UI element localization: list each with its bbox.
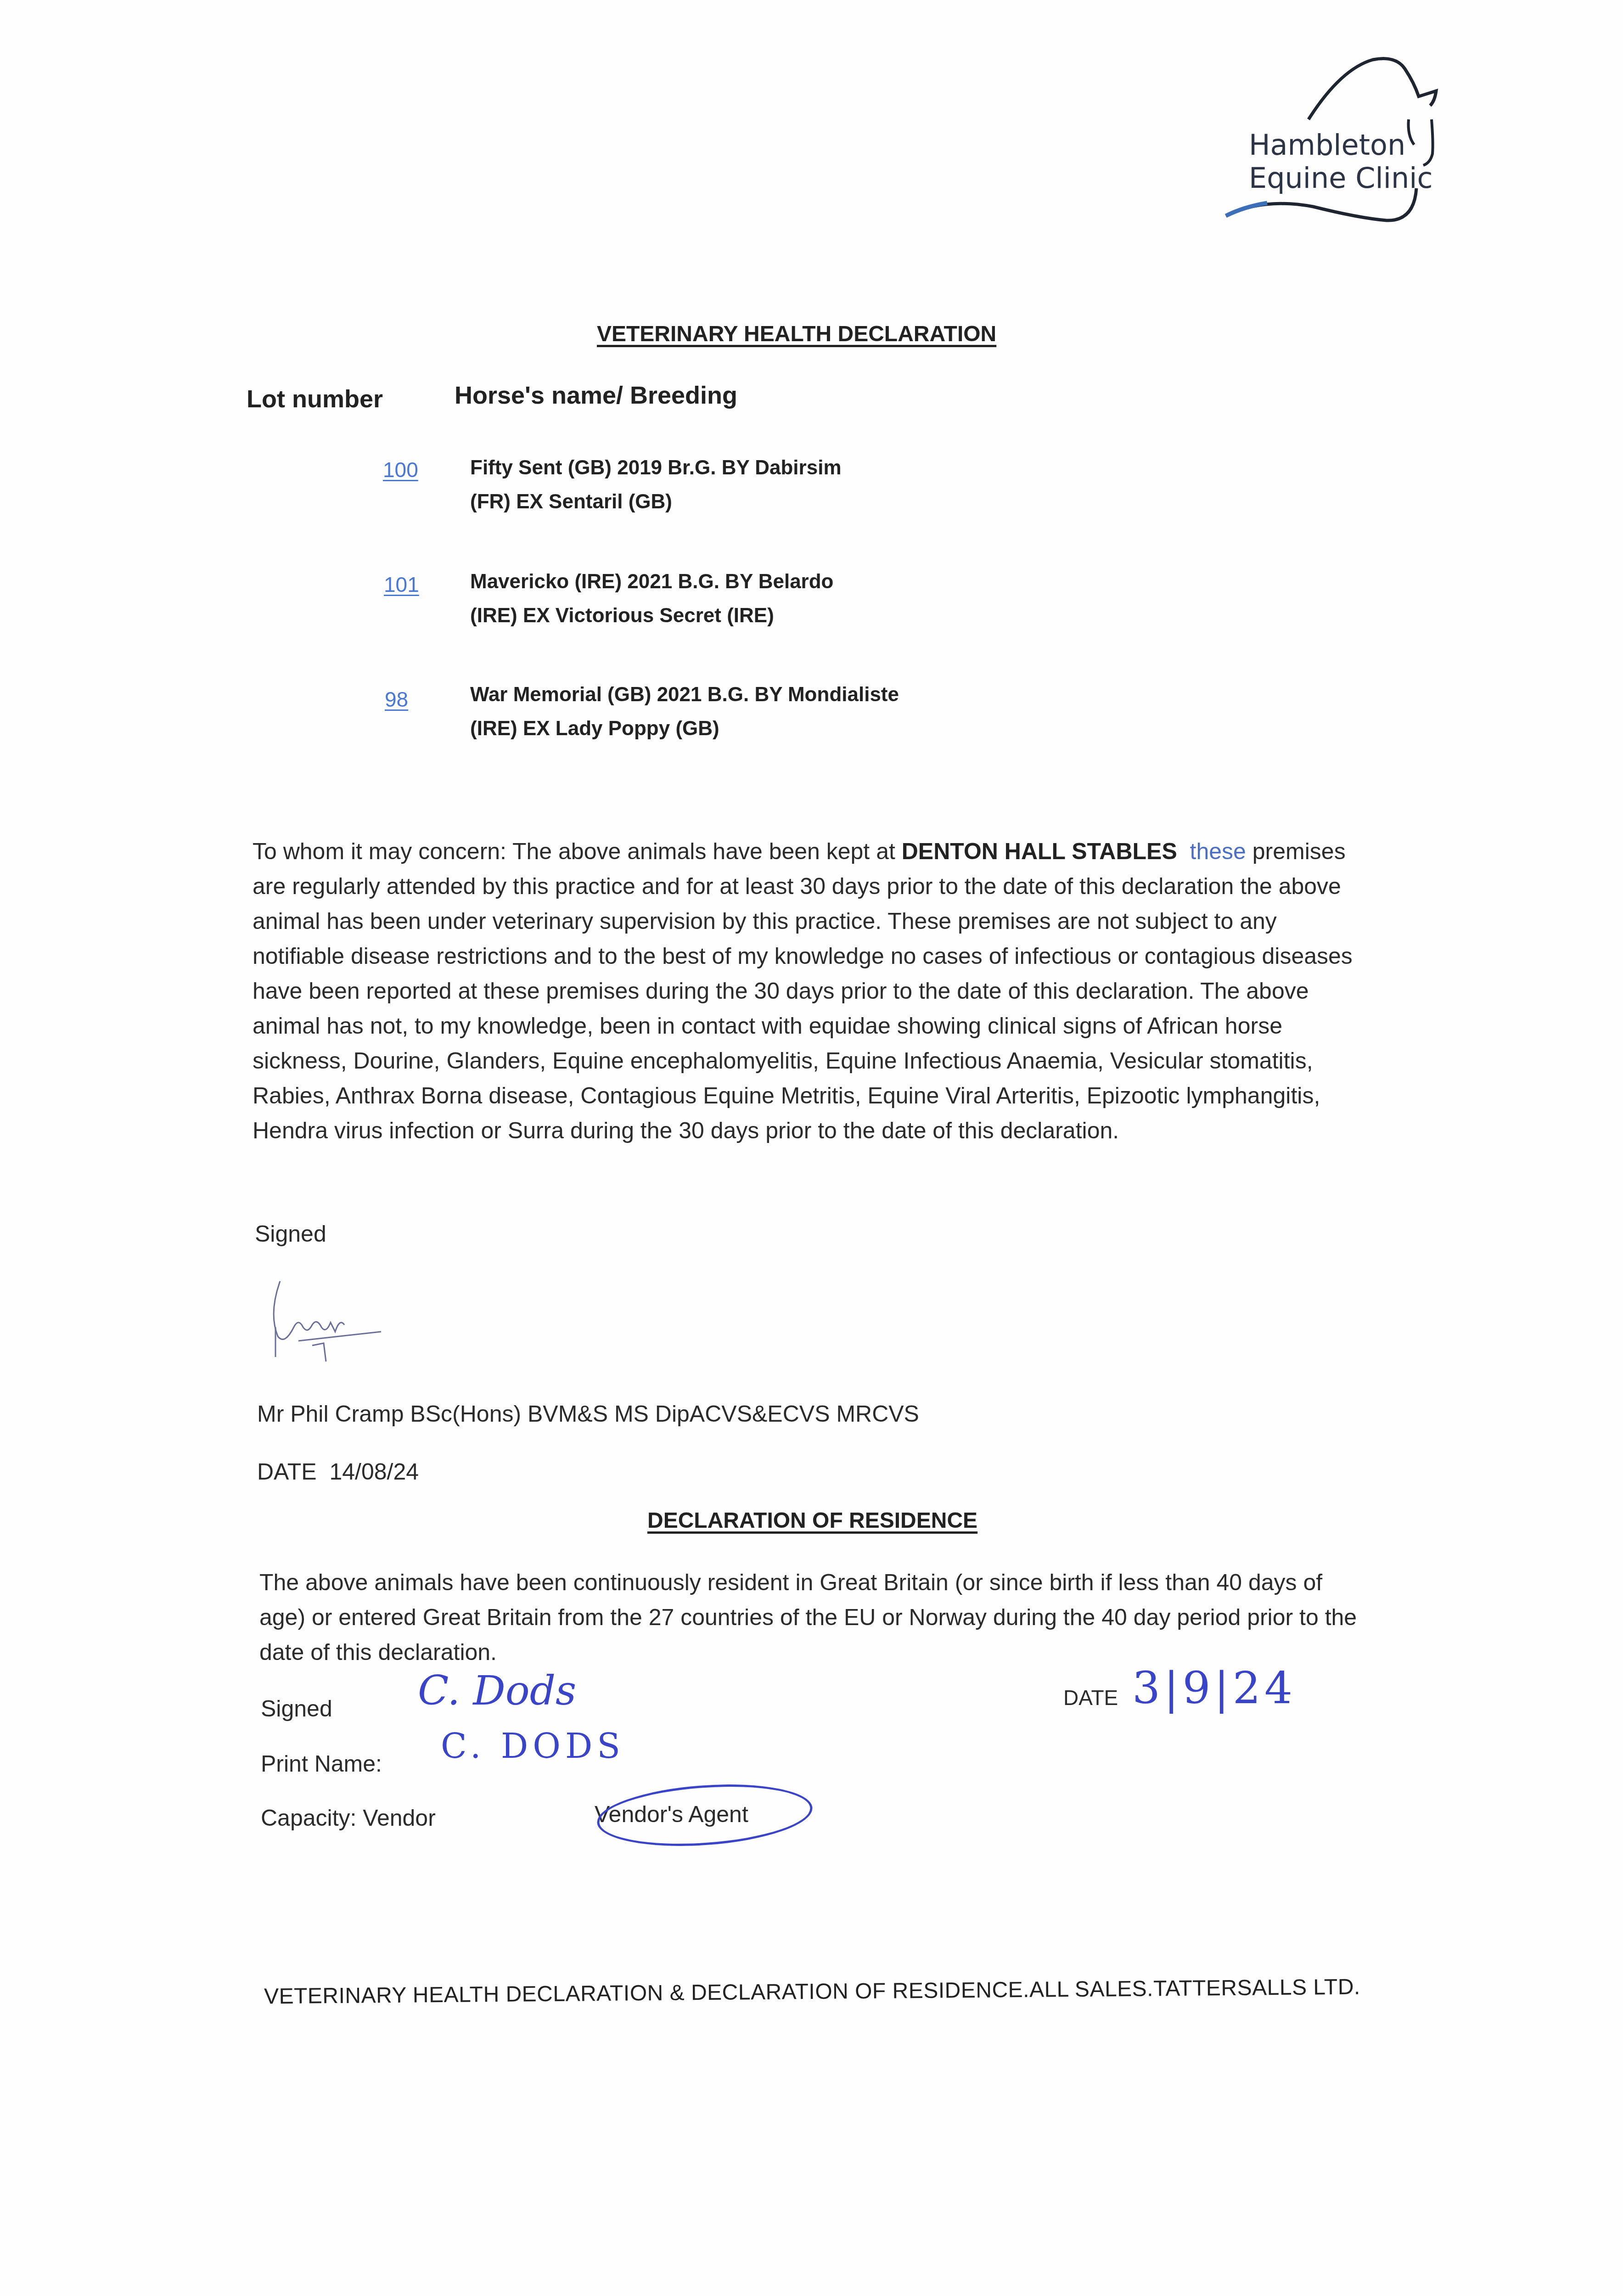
horse-line-1: Fifty Sent (GB) 2019 Br.G. BY Dabirsim (470, 451, 1021, 485)
premises-name: DENTON HALL STABLES (902, 838, 1177, 864)
lot-link-98[interactable]: 98 (385, 687, 408, 712)
print-name-value: C. DODS (441, 1727, 625, 1766)
document-page: Hambleton Equine Clinic VETERINARY HEALT… (0, 0, 1623, 2296)
dor-date-label: DATE (1063, 1685, 1118, 1710)
logo-line-2: Equine Clinic (1249, 162, 1433, 195)
horse-line-1: Mavericko (IRE) 2021 B.G. BY Belardo (470, 565, 1021, 599)
logo-line-1: Hambleton (1249, 129, 1433, 162)
lot-link-101[interactable]: 101 (384, 572, 419, 597)
vet-signature (266, 1277, 390, 1368)
dor-title: DECLARATION OF RESIDENCE (647, 1508, 977, 1533)
horse-line-2: (IRE) EX Lady Poppy (GB) (470, 712, 1021, 746)
lot-link-100[interactable]: 100 (383, 457, 418, 482)
selected-circle-mark (595, 1778, 814, 1852)
dor-signed-label: Signed (261, 1695, 332, 1722)
horse-entry: War Memorial (GB) 2021 B.G. BY Mondialis… (470, 678, 1021, 746)
capacity-vendor-option[interactable]: Capacity: Vendor (261, 1805, 436, 1831)
these-word: these (1190, 838, 1246, 864)
horse-name-header: Horse's name/ Breeding (455, 381, 737, 410)
horse-line-2: (FR) EX Sentaril (GB) (470, 485, 1021, 519)
dor-signature: C. Dods (418, 1667, 576, 1714)
print-name-label: Print Name: (261, 1750, 382, 1777)
vet-name: Mr Phil Cramp BSc(Hons) BVM&S MS DipACVS… (257, 1401, 919, 1427)
footer-text: VETERINARY HEALTH DECLARATION & DECLARAT… (264, 1975, 1360, 2009)
horse-entry: Mavericko (IRE) 2021 B.G. BY Belardo (IR… (470, 565, 1021, 633)
clinic-logo: Hambleton Equine Clinic (1221, 51, 1478, 234)
dor-statement: The above animals have been continuously… (259, 1565, 1361, 1670)
vhd-title: VETERINARY HEALTH DECLARATION (597, 321, 996, 347)
dor-date-value: 3|9|24 (1132, 1662, 1296, 1714)
horse-entry: Fifty Sent (GB) 2019 Br.G. BY Dabirsim (… (470, 451, 1021, 519)
vhd-statement: To whom it may concern: The above animal… (253, 834, 1373, 1148)
lot-number-header: Lot number (247, 385, 383, 413)
vet-date: DATE 14/08/24 (257, 1458, 419, 1485)
horse-line-1: War Memorial (GB) 2021 B.G. BY Mondialis… (470, 678, 1021, 712)
vet-signed-label: Signed (255, 1221, 326, 1247)
horse-line-2: (IRE) EX Victorious Secret (IRE) (470, 599, 1021, 633)
